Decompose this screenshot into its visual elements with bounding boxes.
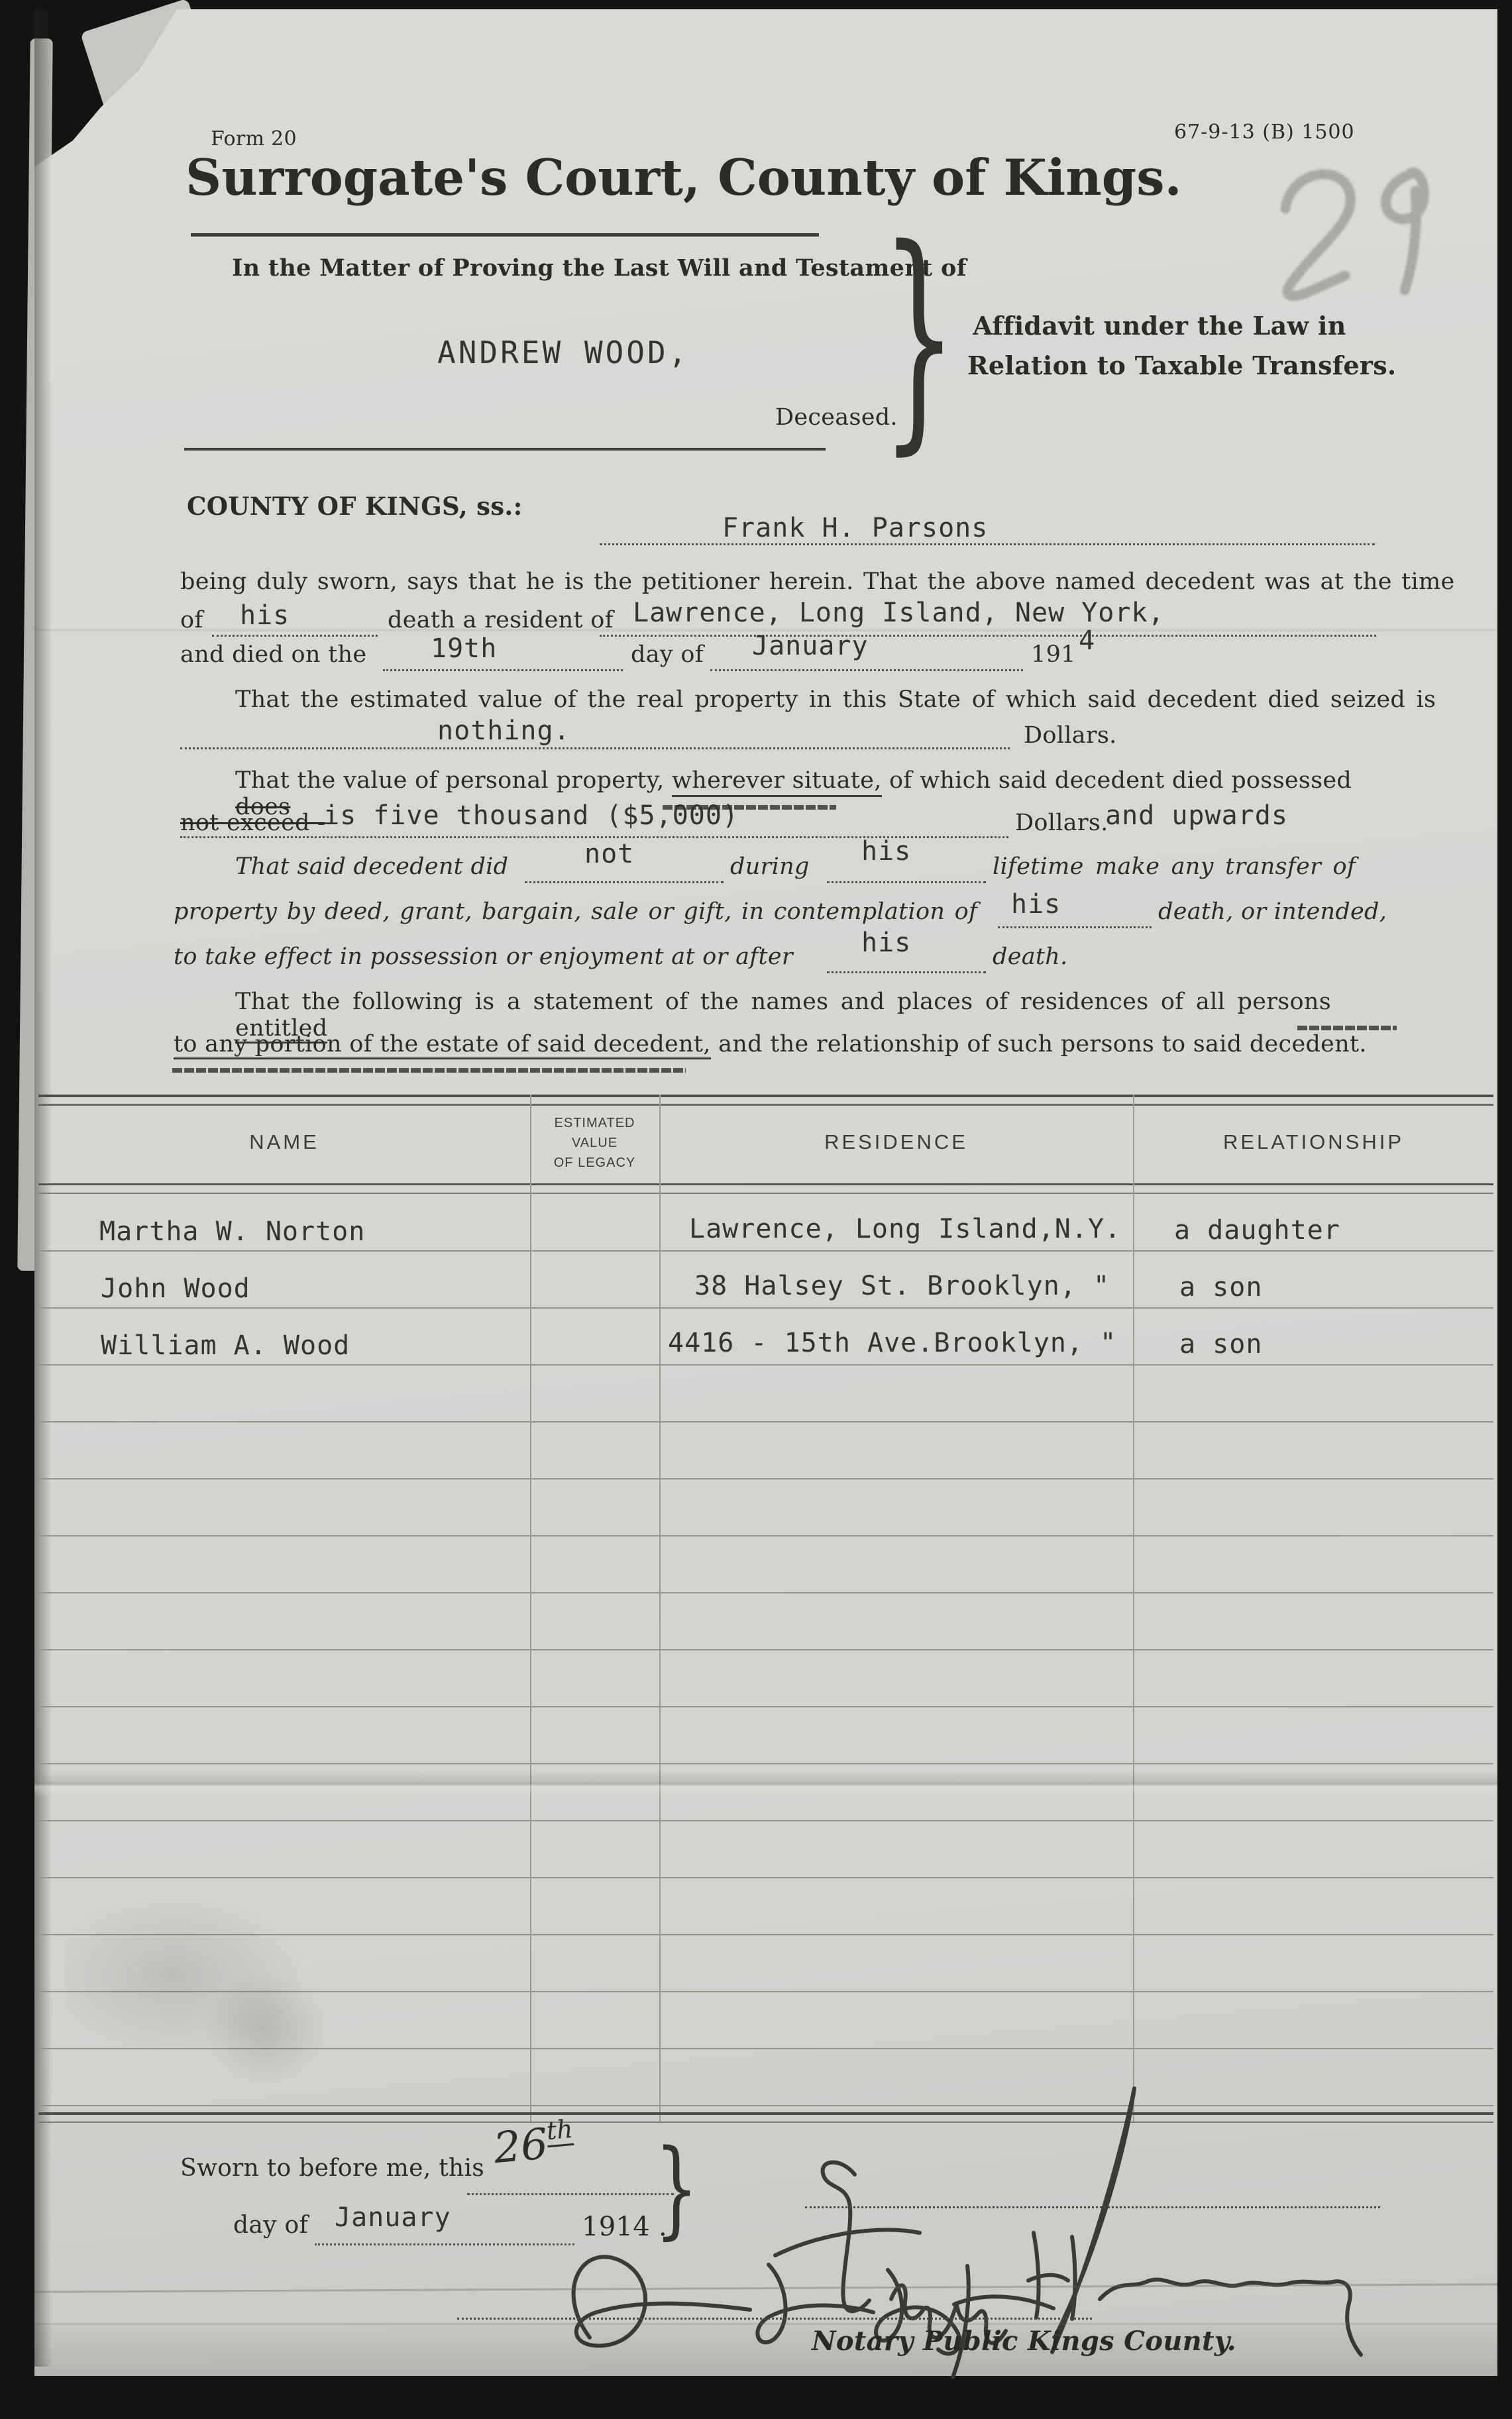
- estimated-line2: VALUE: [530, 1133, 659, 1153]
- pencil-note-29: [1246, 133, 1458, 318]
- residence-value: Lawrence, Long Island, New York,: [633, 598, 1165, 628]
- his-value-2: his: [861, 836, 911, 867]
- notary-signature-rule: [457, 2318, 1092, 2320]
- row1-relationship: a daughter: [1174, 1215, 1340, 1246]
- petitioner-name-rule: [600, 543, 1375, 545]
- sworn-day-handwritten: 26th: [492, 2114, 576, 2173]
- his-rule-4: [827, 971, 986, 973]
- sworn-day-number: 26: [492, 2120, 550, 2173]
- petitioner-name: Frank H. Parsons: [722, 513, 988, 543]
- personal-value: is five thousand ($5,000): [323, 800, 739, 831]
- transfer-post: lifetime make any transfer of: [993, 853, 1356, 880]
- died-label: and died on the: [180, 641, 366, 668]
- residence-rule: [600, 635, 1376, 637]
- his-value-1: his: [240, 600, 290, 631]
- his-value-3: his: [1011, 889, 1061, 920]
- personal-underlined: wherever situate,: [672, 767, 882, 797]
- affidavit-title-line1: Affidavit under the Law in: [967, 306, 1352, 346]
- statement-line1-text: That the following is a statement of the…: [235, 989, 1331, 1015]
- jurat-month-value: January: [335, 2202, 451, 2233]
- column-header-residence: RESIDENCE: [659, 1130, 1133, 1154]
- his-rule-3: [998, 926, 1152, 928]
- sworn-day-suffix: th: [545, 2114, 574, 2147]
- jurat-day-of-label: day of: [233, 2212, 308, 2239]
- row3-name: William A. Wood: [101, 1330, 350, 1361]
- row2-relationship: a son: [1179, 1272, 1262, 1303]
- county-line: COUNTY OF KINGS, ss.:: [187, 492, 523, 521]
- real-property-value: nothing.: [437, 716, 570, 746]
- his-rule-1: [212, 635, 378, 637]
- table-top-rule-2: [38, 1104, 1493, 1106]
- dollars-label-1: Dollars.: [1024, 722, 1117, 749]
- column-header-name: NAME: [38, 1130, 530, 1154]
- row1-name: Martha W. Norton: [99, 1216, 365, 1247]
- real-property-rule: [180, 747, 1010, 749]
- jurat-brace: }: [655, 2139, 698, 2238]
- row3-residence: 4416 - 15th Ave.Brooklyn, ": [668, 1328, 1116, 1358]
- statement-typed-underline: [172, 1068, 686, 1073]
- row2-name: John Wood: [101, 1273, 250, 1304]
- transfer-line2-end: death, or intended,: [1158, 898, 1387, 925]
- transfer-not-value: not: [584, 839, 634, 869]
- his-rule-2: [827, 881, 986, 883]
- row1-residence: Lawrence, Long Island,N.Y.: [689, 1214, 1121, 1244]
- row2-residence: 38 Halsey St. Brooklyn, ": [694, 1271, 1110, 1301]
- personal-post: of which said decedent died possessed: [882, 767, 1352, 794]
- affidavit-title: Affidavit under the Law in Relation to T…: [967, 306, 1352, 386]
- statement-line2-rest: and the relationship of such persons to …: [711, 1031, 1367, 1057]
- struck-not-exceed: not exceed -: [180, 810, 325, 836]
- real-property-line: That the estimated value of the real pro…: [235, 686, 1372, 713]
- transfer-line3-end: death.: [993, 943, 1068, 970]
- matter-line: In the Matter of Proving the Last Will a…: [232, 254, 967, 282]
- paper-crease-faint: [34, 628, 1497, 632]
- dollars-label-2: Dollars.: [1015, 810, 1108, 836]
- death-month-value: January: [752, 631, 869, 661]
- personal-pre: That the value of personal property,: [235, 767, 672, 794]
- ink-smudge: [199, 1968, 331, 2087]
- transfer-not-rule: [525, 881, 724, 883]
- entitled-typed-underline: [1297, 1026, 1397, 1030]
- during-label: during: [730, 853, 810, 880]
- petitioner-signature-rule: [805, 2206, 1380, 2208]
- transfer-pre: That said decedent did: [235, 853, 508, 880]
- bottom-shaded-band: [34, 2326, 1497, 2376]
- sworn-day-rule: [467, 2193, 674, 2195]
- column-header-estimated-value: ESTIMATED VALUE OF LEGACY: [530, 1113, 659, 1173]
- affidavit-title-line2: Relation to Taxable Transfers.: [967, 346, 1352, 386]
- death-month-rule: [710, 669, 1023, 671]
- transfer-line2: property by deed, grant, bargain, sale o…: [174, 898, 977, 925]
- statement-line2: to any portion of the estate of said dec…: [174, 1031, 1379, 1057]
- header-bottom-rule-2: [38, 1193, 1493, 1194]
- his-value-4: his: [861, 928, 911, 958]
- column-divider-2: [659, 1095, 661, 2122]
- death-day-rule: [383, 669, 623, 671]
- form-number: Form 20: [211, 127, 297, 150]
- deceased-label: Deceased.: [775, 404, 898, 431]
- caption-top-rule: [191, 233, 819, 237]
- caption-brace: }: [881, 225, 934, 457]
- sworn-before-label: Sworn to before me, this: [180, 2155, 484, 2182]
- year-prefix: 191: [1031, 641, 1076, 668]
- table-top-rule-1: [38, 1095, 1493, 1097]
- transfer-line3: to take effect in possession or enjoymen…: [174, 943, 793, 970]
- scanned-affidavit-page: Form 20 67-9-13 (B) 1500 Surrogate's Cou…: [0, 0, 1512, 2419]
- decedent-name: ANDREW WOOD,: [437, 335, 689, 370]
- column-divider-3: [1133, 1095, 1134, 2122]
- sworn-line: being duly sworn, says that he is the pe…: [180, 568, 1370, 595]
- death-day-value: 19th: [431, 633, 497, 664]
- header-bottom-rule-1: [38, 1183, 1493, 1185]
- paper-fold-crease: [34, 1770, 1497, 1797]
- statement-line2-underlined: to any portion of the estate of said dec…: [174, 1031, 711, 1059]
- estimated-line1: ESTIMATED: [530, 1113, 659, 1133]
- bottom-fold-line-2: [34, 2323, 1497, 2325]
- estimated-line3: OF LEGACY: [530, 1153, 659, 1173]
- row3-relationship: a son: [1179, 1329, 1262, 1360]
- column-divider-1: [530, 1095, 531, 2122]
- and-upwards-value: and upwards: [1105, 800, 1288, 831]
- day-of-label: day of: [631, 641, 704, 668]
- caption-bottom-rule: [184, 448, 826, 451]
- column-header-relationship: RELATIONSHIP: [1133, 1130, 1494, 1154]
